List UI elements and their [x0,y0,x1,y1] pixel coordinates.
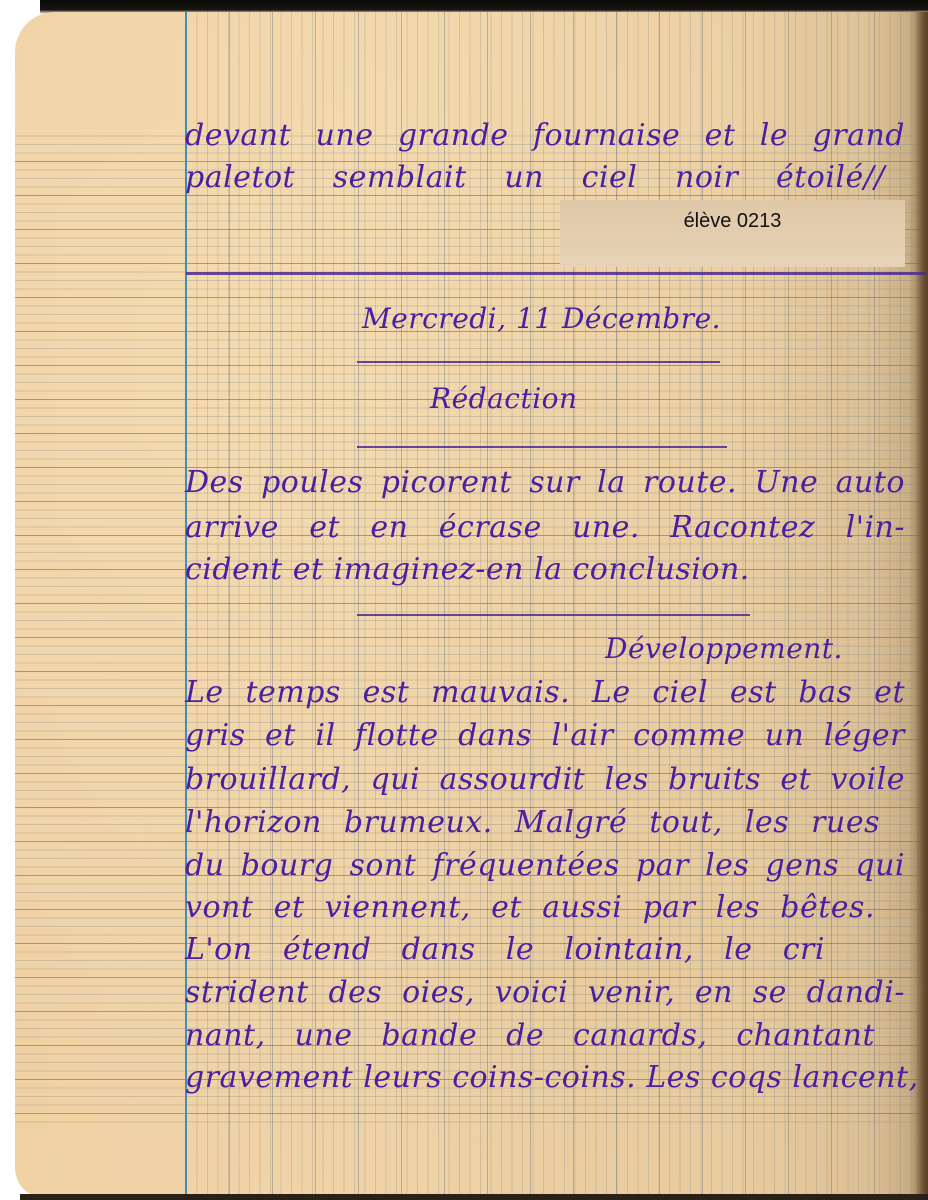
scanned-notebook-page: devant une grande fournaise et le grand … [0,0,928,1200]
prompt-line-1: Des poules picorent sur la route. Une au… [185,465,905,500]
prompt-line-2: arrive et en écrase une. Racontez l'in- [185,510,905,545]
development-line-8: strident des oies, voici venir, en se da… [185,975,905,1010]
subject-underline [357,446,727,448]
development-line-5: du bourg sont fréquentées par les gens q… [185,848,905,883]
continuation-line-1: devant une grande fournaise et le grand [185,118,905,153]
continuation-line-2: paletot semblait un ciel noir étoilé// [185,160,885,195]
development-line-10: gravement leurs coins-coins. Les coqs la… [185,1060,905,1095]
development-line-2: gris et il flotte dans l'air comme un lé… [185,718,905,753]
development-line-4: l'horizon brumeux. Malgré tout, les rues [185,805,880,840]
prompt-line-3: cident et imaginez-en la conclusion. [185,552,750,587]
subject-heading: Rédaction [430,382,578,415]
development-line-7: L'on étend dans le lointain, le cri [185,932,825,967]
development-line-6: vont et viennent, et aussi par les bêtes… [185,890,875,925]
development-line-9: nant, une bande de canards, chantant [185,1018,875,1053]
development-line-3: brouillard, qui assourdit les bruits et … [185,762,905,797]
section-divider [186,272,926,275]
student-id-label: élève 0213 [560,200,905,267]
binding-edge [918,12,928,1198]
date-heading: Mercredi, 11 Décembre. [362,302,721,335]
development-line-1: Le temps est mauvais. Le ciel est bas et [185,675,905,710]
scan-shadow-bottom [20,1194,928,1200]
date-underline [357,361,720,363]
prompt-underline [357,614,750,616]
development-title: Développement. [605,632,843,665]
